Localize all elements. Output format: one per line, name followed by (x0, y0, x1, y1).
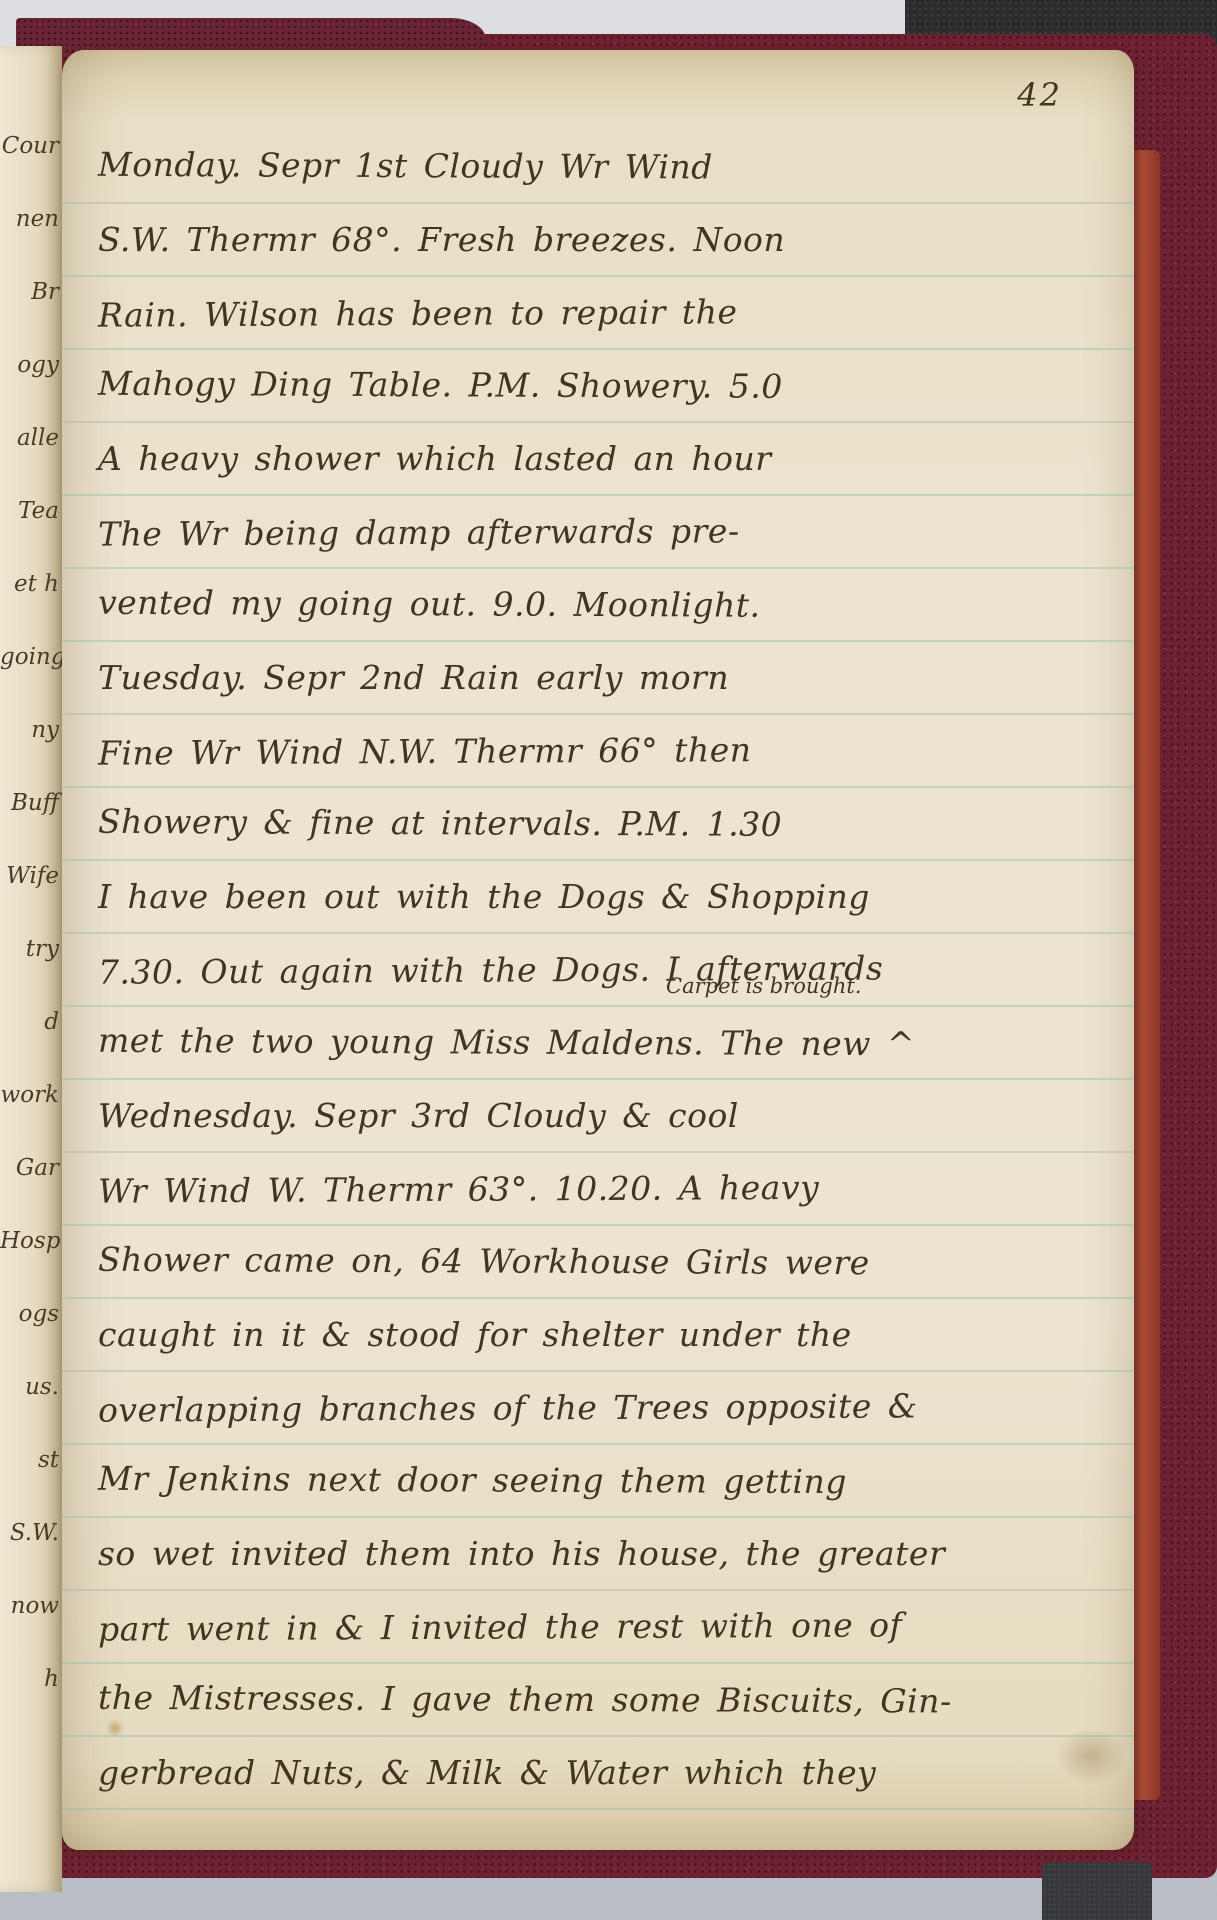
background-object-bottom (1042, 1862, 1152, 1920)
gutter-fragment: Gar (0, 1132, 62, 1205)
gutter-fragment: now (0, 1570, 62, 1643)
diary-line: Showery & fine at intervals. P.M. 1.30 (98, 785, 1108, 862)
diary-line: Mahogy Ding Table. P.M. Showery. 5.0 (98, 347, 1108, 424)
paper-stain (106, 1718, 124, 1738)
diary-line: Wednesday. Sepr 3rd Cloudy & cool (98, 1079, 1108, 1152)
gutter-fragment: Br (0, 256, 62, 329)
gutter-fragment: h (0, 1643, 62, 1716)
diary-line: The Wr being damp afterwards pre- (98, 492, 1108, 570)
gutter-fragment: ogs (0, 1278, 62, 1351)
diary-line: S.W. Thermr 68°. Fresh breezes. Noon (98, 203, 1108, 276)
gutter-fragment: going (0, 621, 62, 694)
diary-line: Rain. Wilson has been to repair the (98, 273, 1108, 351)
diary-line: the Mistresses. I gave them some Biscuit… (98, 1661, 1108, 1738)
book-cover-frayed-edge (16, 18, 486, 52)
gutter-fragment: work (0, 1059, 62, 1132)
diary-line: so wet invited them into his house, the … (98, 1517, 1108, 1590)
facing-page-text-fragments: Cour nen Br ogy alle Tea et h going ny B… (0, 110, 62, 1716)
gutter-fragment: d (0, 986, 62, 1059)
gutter-fragment: try (0, 913, 62, 986)
gutter-fragment: ny (0, 694, 62, 767)
diary-photo-scene: Cour nen Br ogy alle Tea et h going ny B… (0, 0, 1217, 1920)
gutter-fragment: Hosp (0, 1205, 62, 1278)
gutter-fragment: Buff (0, 767, 62, 840)
diary-line: A heavy shower which lasted an hour (98, 422, 1108, 495)
diary-line: Tuesday. Sepr 2nd Rain early morn (98, 641, 1108, 714)
interlinear-note: Carpet is brought. (666, 974, 862, 998)
diary-line: gerbread Nuts, & Milk & Water which they (98, 1736, 1108, 1809)
facing-page-edge: Cour nen Br ogy alle Tea et h going ny B… (0, 46, 62, 1892)
gutter-fragment: et h (0, 548, 62, 621)
gutter-fragment: Wife (0, 840, 62, 913)
gutter-fragment: S.W. (0, 1497, 62, 1570)
diary-line: Wr Wind W. Thermr 63°. 10.20. A heavy (98, 1149, 1108, 1227)
diary-line: Mr Jenkins next door seeing them getting (98, 1442, 1108, 1519)
gutter-fragment: nen (0, 183, 62, 256)
diary-line: I have been out with the Dogs & Shopping (98, 860, 1108, 933)
diary-entry-text: Monday. Sepr 1st Cloudy Wr Wind S.W. The… (98, 130, 1108, 1809)
diary-line: Monday. Sepr 1st Cloudy Wr Wind (98, 128, 1108, 205)
diary-line: caught in it & stood for shelter under t… (98, 1298, 1108, 1371)
diary-page: 42 Monday. Sepr 1st Cloudy Wr Wind S.W. … (62, 50, 1134, 1850)
gutter-fragment: us. (0, 1351, 62, 1424)
gutter-fragment: alle (0, 402, 62, 475)
diary-line: part went in & I invited the rest with o… (98, 1587, 1108, 1665)
diary-line: Shower came on, 64 Workhouse Girls were (98, 1223, 1108, 1300)
gutter-fragment: Tea (0, 475, 62, 548)
paper-stain-corner (1056, 1728, 1126, 1784)
gutter-fragment: Cour (0, 110, 62, 183)
diary-line: met the two young Miss Maldens. The new … (98, 1004, 1108, 1081)
gutter-fragment: st (0, 1424, 62, 1497)
diary-line: overlapping branches of the Trees opposi… (98, 1368, 1108, 1446)
gutter-fragment: ogy (0, 329, 62, 402)
diary-line: 7.30. Out again with the Dogs. I afterwa… (98, 930, 1108, 1008)
page-number: 42 (1017, 76, 1062, 114)
diary-line: vented my going out. 9.0. Moonlight. (98, 566, 1108, 643)
diary-line: Fine Wr Wind N.W. Thermr 66° then (98, 711, 1108, 789)
